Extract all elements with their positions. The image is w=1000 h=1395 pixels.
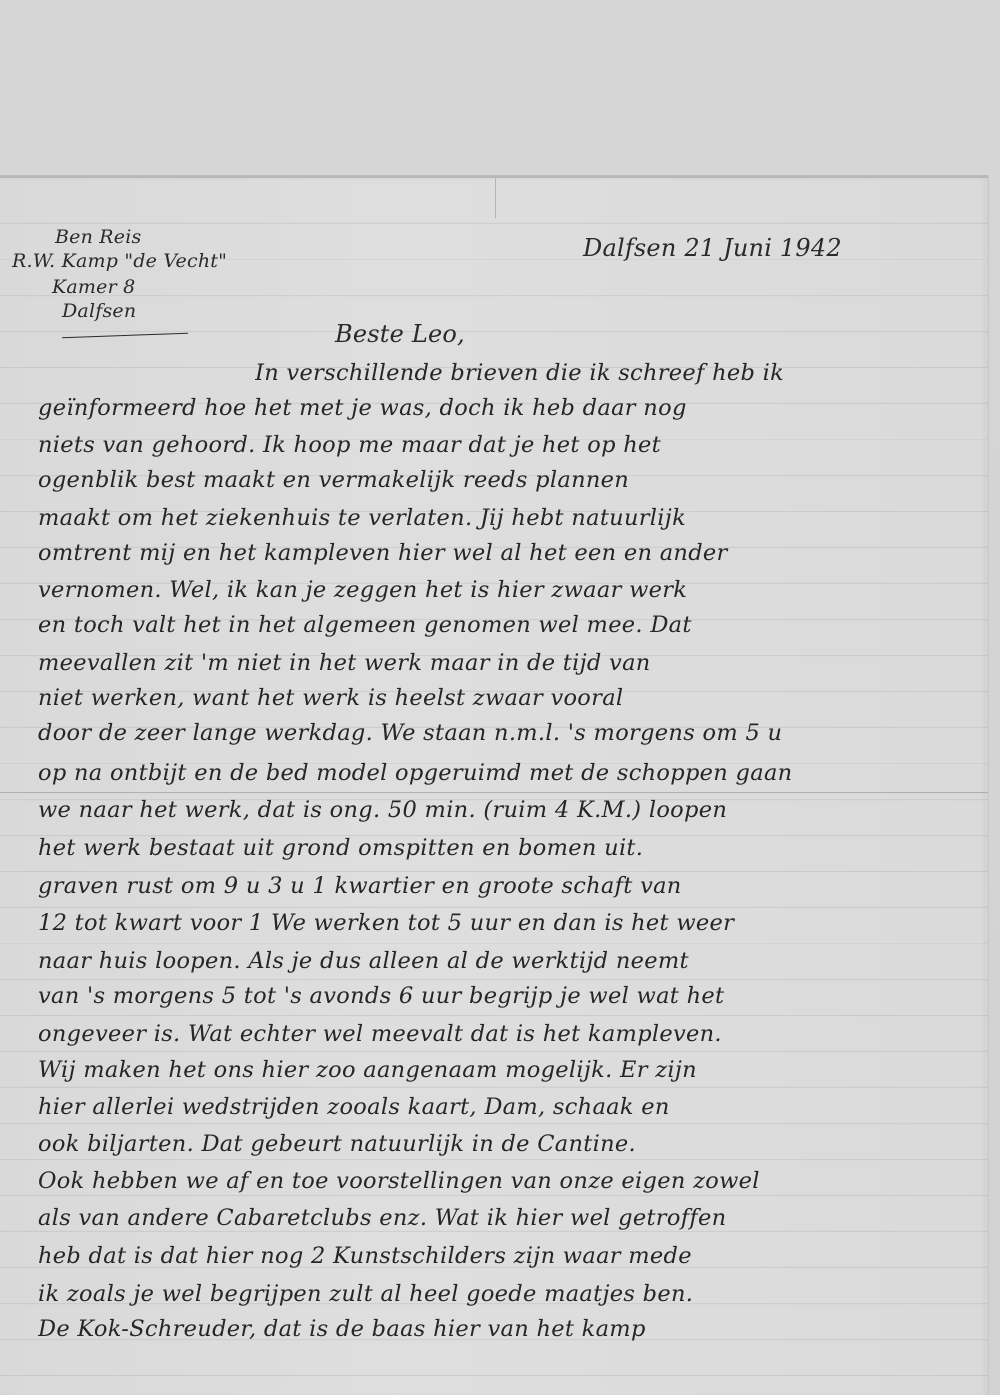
letter-line: naar huis loopen. Als je dus alleen al d… bbox=[38, 948, 968, 974]
place-date: Dalfsen 21 Juni 1942 bbox=[583, 234, 842, 262]
letter-line: en toch valt het in het algemeen genomen… bbox=[38, 612, 968, 638]
letter-line: In verschillende brieven die ik schreef … bbox=[255, 360, 955, 386]
letter-line: meevallen zit 'm niet in het werk maar i… bbox=[38, 650, 968, 676]
sender-room: Kamer 8 bbox=[52, 276, 135, 298]
letter-line: ook biljarten. Dat gebeurt natuurlijk in… bbox=[38, 1131, 968, 1157]
letter-line: we naar het werk, dat is ong. 50 min. (r… bbox=[38, 797, 968, 823]
letter-line: niets van gehoord. Ik hoop me maar dat j… bbox=[38, 432, 968, 458]
sender-town: Dalfsen bbox=[62, 300, 136, 322]
letter-line: hier allerlei wedstrijden zooals kaart, … bbox=[38, 1094, 968, 1120]
letter-line: niet werken, want het werk is heelst zwa… bbox=[38, 685, 968, 711]
letter-line: van 's morgens 5 tot 's avonds 6 uur beg… bbox=[38, 983, 968, 1009]
letter-line: maakt om het ziekenhuis te verlaten. Jij… bbox=[38, 505, 968, 531]
letter-line: door de zeer lange werkdag. We staan n.m… bbox=[38, 720, 968, 746]
letter-line: De Kok-Schreuder, dat is de baas hier va… bbox=[38, 1316, 968, 1342]
letter-line: op na ontbijt en de bed model opgeruimd … bbox=[38, 760, 968, 786]
letter-line: Ook hebben we af en toe voorstellingen v… bbox=[38, 1168, 968, 1194]
letter-line: ongeveer is. Wat echter wel meevalt dat … bbox=[38, 1021, 968, 1047]
letter-line: geïnformeerd hoe het met je was, doch ik… bbox=[38, 395, 968, 421]
letter-line: heb dat is dat hier nog 2 Kunstschilders… bbox=[38, 1243, 968, 1269]
sender-name: Ben Reis bbox=[55, 226, 141, 248]
sender-camp: R.W. Kamp "de Vecht" bbox=[12, 250, 227, 272]
vertical-fold-mark bbox=[495, 178, 496, 218]
horizontal-fold-crease bbox=[0, 792, 988, 794]
salutation: Beste Leo, bbox=[335, 320, 465, 348]
letter-line: vernomen. Wel, ik kan je zeggen het is h… bbox=[38, 577, 968, 603]
letter-line: ik zoals je wel begrijpen zult al heel g… bbox=[38, 1281, 968, 1307]
letter-line: het werk bestaat uit grond omspitten en … bbox=[38, 835, 968, 861]
letter-line: als van andere Cabaretclubs enz. Wat ik … bbox=[38, 1205, 968, 1231]
letter-line: Wij maken het ons hier zoo aangenaam mog… bbox=[38, 1057, 968, 1083]
letter-line: ogenblik best maakt en vermakelijk reeds… bbox=[38, 467, 968, 493]
letter-line: graven rust om 9 u 3 u 1 kwartier en gro… bbox=[38, 873, 968, 899]
letter-line: omtrent mij en het kampleven hier wel al… bbox=[38, 540, 968, 566]
letter-line: 12 tot kwart voor 1 We werken tot 5 uur … bbox=[38, 910, 968, 936]
